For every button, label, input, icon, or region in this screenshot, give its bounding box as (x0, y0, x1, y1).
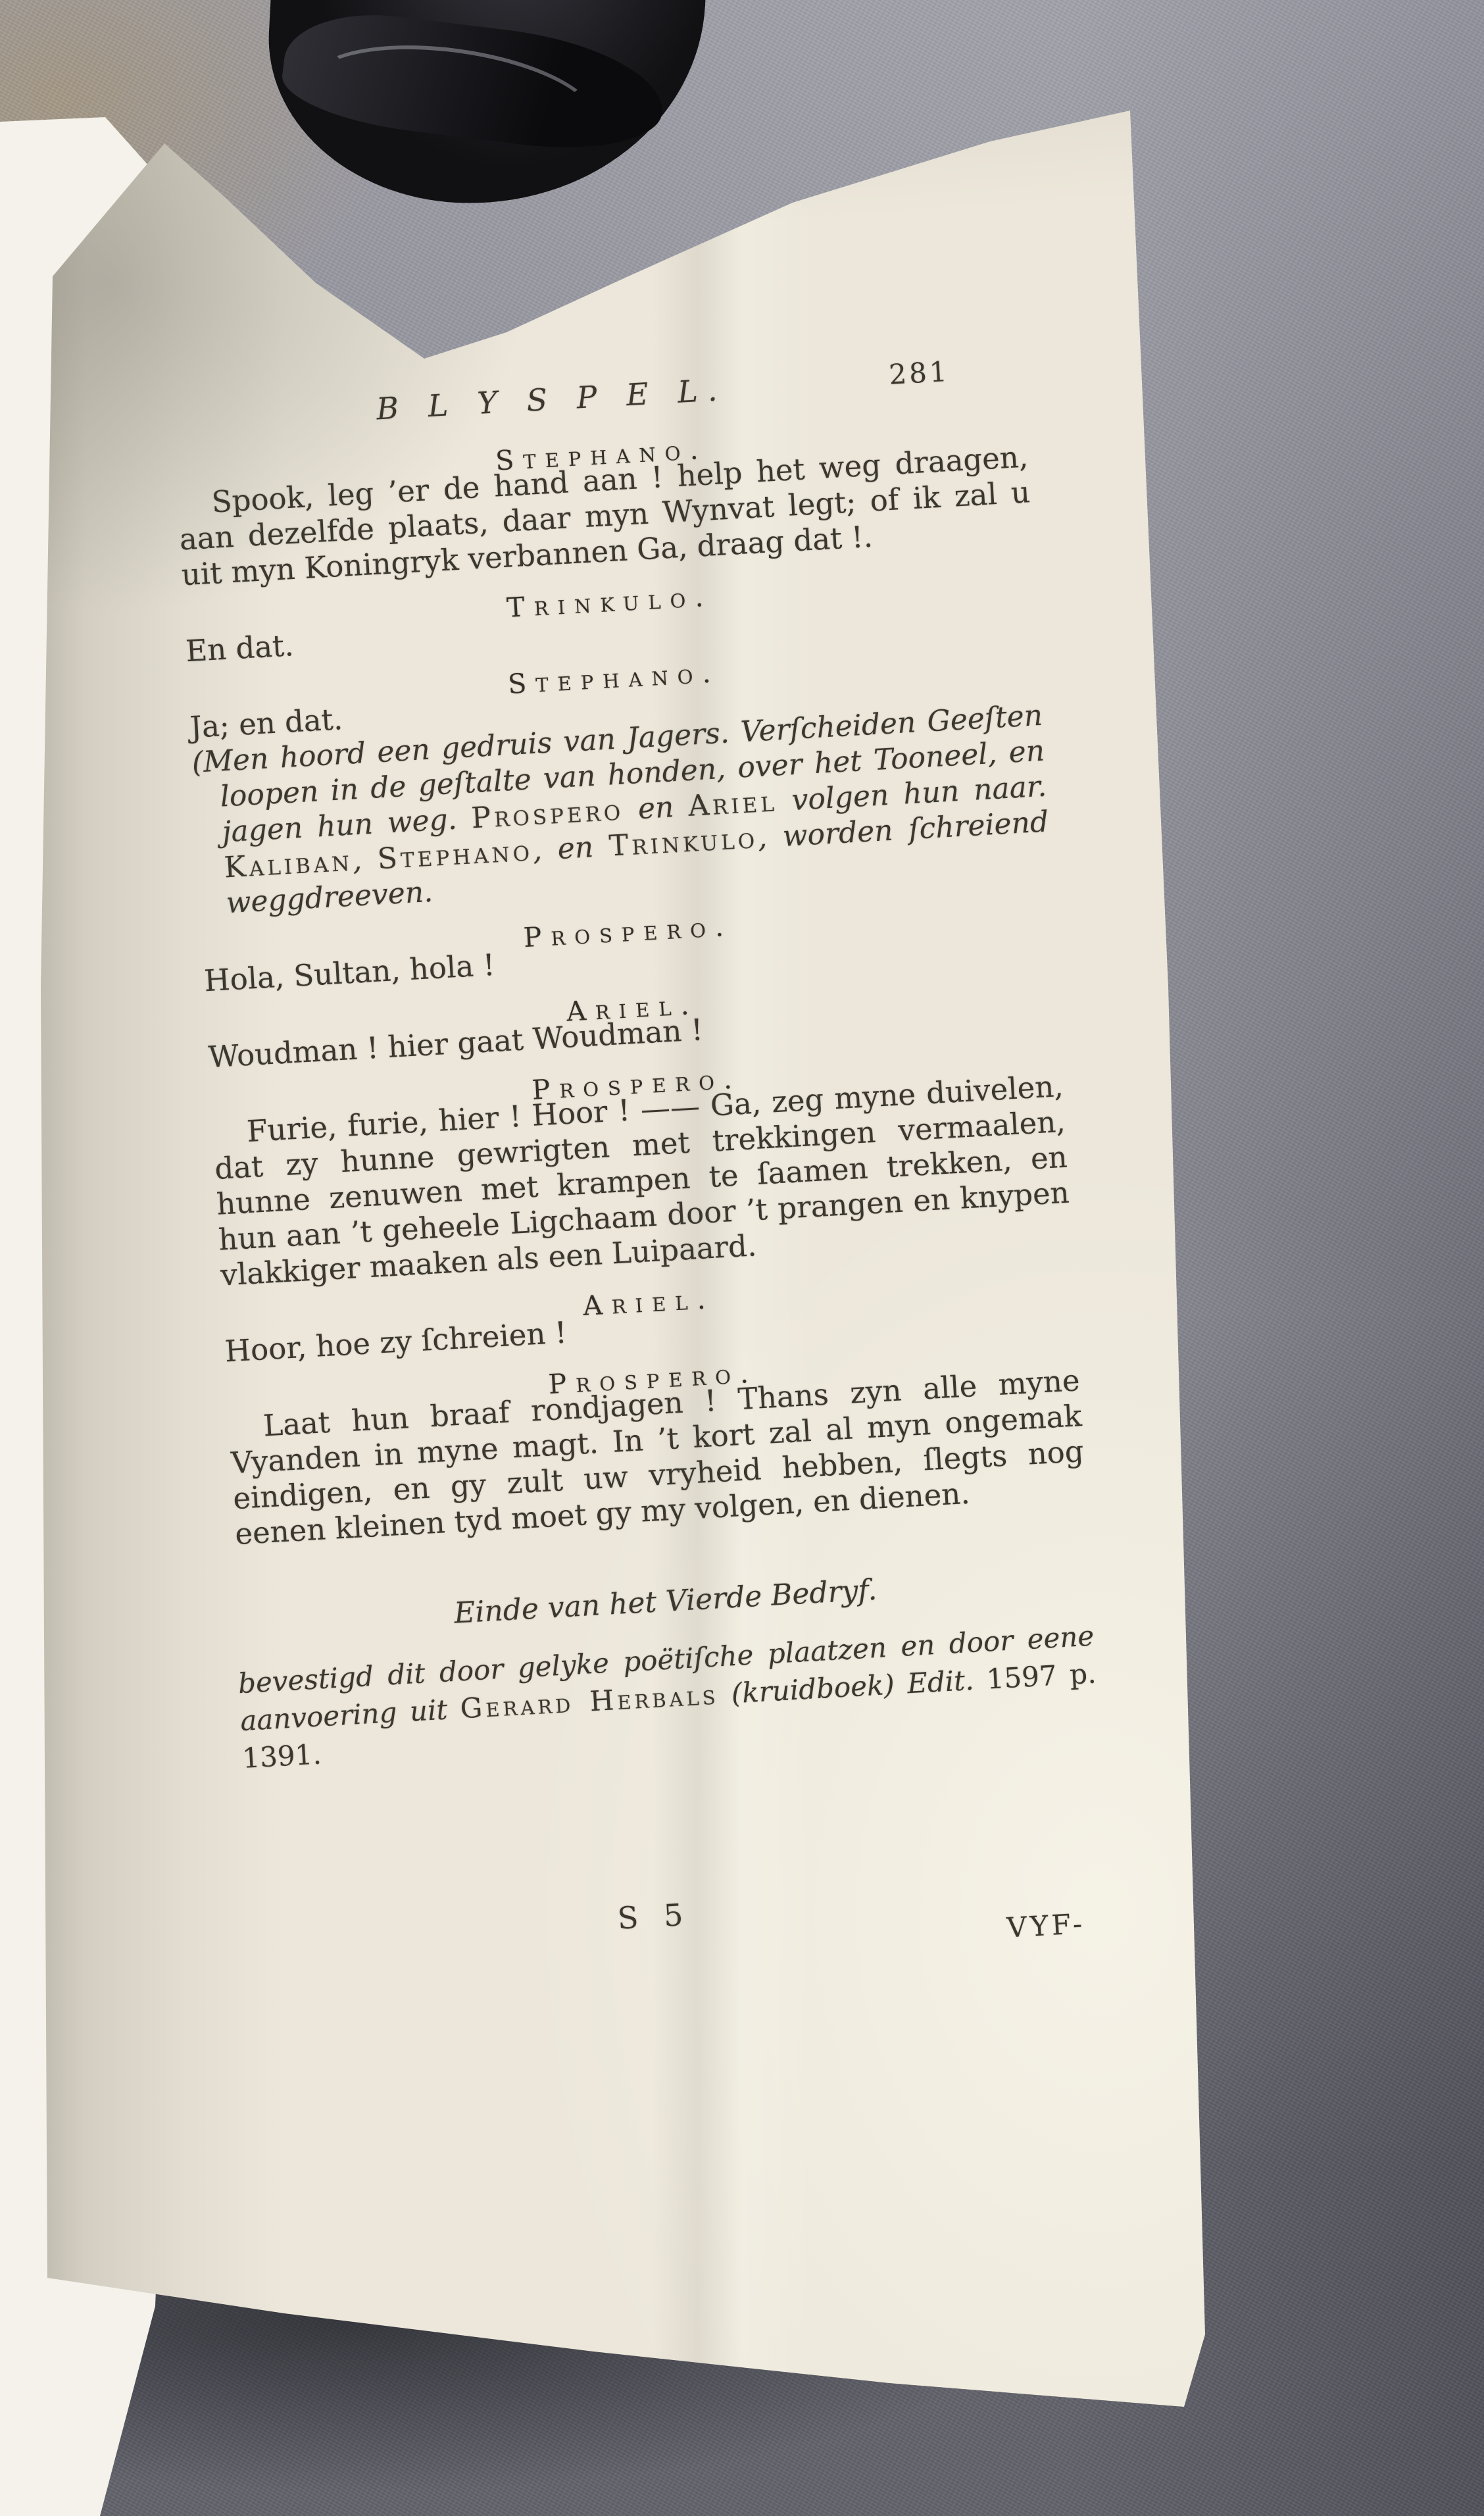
text-segment: Prospero (470, 793, 624, 835)
text-segment: Stephano (376, 834, 533, 876)
signature-mark: S 5 (616, 1896, 691, 1936)
text-segment: , en (532, 830, 610, 867)
text-segment: Ariel (687, 784, 778, 822)
text-segment: Edit. (906, 1664, 975, 1700)
text-segment: Kaliban (223, 844, 353, 885)
book-photo-scene: het hoofgrysfeuw Ly.mbuis ot uw has word… (0, 0, 1484, 2516)
catchword: VYF- (1006, 1906, 1086, 1946)
footnote: bevestigd dit door gelyke poëtiſche plaa… (237, 1617, 1099, 1777)
text-segment: , (352, 842, 379, 877)
page-number: 281 (888, 354, 951, 393)
page-text-block: B L Y S P E L. 281 Stephano.Spook, leg ’… (168, 282, 1111, 1993)
text-segment: Trinkulo (608, 821, 759, 863)
text-segment: en (623, 790, 689, 826)
text-segment: Gerard Herbals (459, 1678, 719, 1725)
dialogue-blocks: Stephano.Spook, leg ’er de hand aan ! he… (175, 407, 1099, 1776)
text-segment: (kruidboek) (718, 1667, 908, 1710)
page-title: B L Y S P E L. (376, 372, 728, 427)
